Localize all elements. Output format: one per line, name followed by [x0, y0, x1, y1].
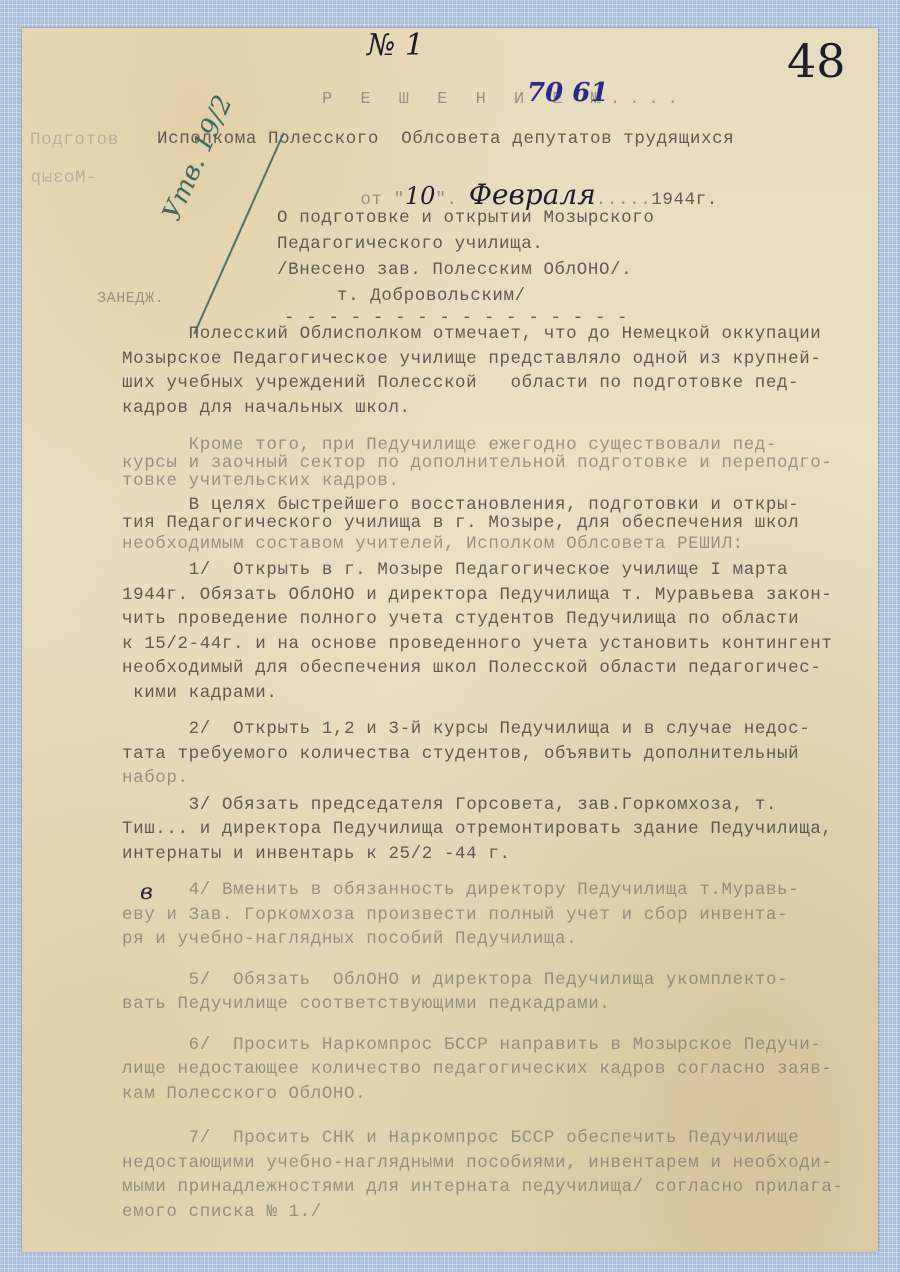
- decision-items: 1/ Открыть в г. Мозыре Педагогическое уч…: [122, 558, 882, 1224]
- item-first-line: 5/ Обязать ОблОНО и директора Педучилища…: [122, 968, 882, 993]
- text-line: необходимым составом учителей, Исполком …: [122, 532, 862, 556]
- item-number: 2/: [189, 719, 211, 739]
- item-text: Просить Наркомпрос БССР направить в Мозы…: [233, 1035, 821, 1055]
- paragraph: Кроме того, при Педучилище ежегодно суще…: [122, 436, 862, 490]
- item-number: 7/: [189, 1128, 211, 1148]
- decision-item-6: 6/ Просить Наркомпрос БССР направить в М…: [122, 1033, 882, 1107]
- text-line: необходимый для обеспечения школ Полесск…: [122, 656, 882, 681]
- text-line: к 15/2-44г. и на основе проведенного уче…: [122, 632, 882, 657]
- margin-ink-mark: в: [140, 880, 153, 905]
- text-line: Кроме того, при Педучилище ежегодно суще…: [122, 436, 862, 454]
- marginalia-left-second: -Мозыр: [30, 168, 97, 188]
- text-line: курсы и заочный сектор по дополнительной…: [122, 454, 862, 472]
- decision-item-3: 3/ Обязать председателя Горсовета, зав.Г…: [122, 793, 882, 867]
- page-number: 48: [787, 34, 846, 88]
- item-number: 1/: [189, 560, 211, 580]
- text-line: Тиш... и директора Педучилища отремонтир…: [122, 817, 882, 842]
- marginalia-left-word: ЗАНЕДЖ.: [97, 290, 164, 307]
- subject-line-2: Педагогического училища.: [277, 234, 543, 254]
- text-line: ших учебных учреждений Полесской области…: [122, 371, 862, 396]
- item-number: 6/: [189, 1035, 211, 1055]
- text-line: В целях быстрейшего восстановления, подг…: [122, 496, 862, 514]
- text-line: емого списка № 1./: [122, 1200, 882, 1225]
- header-line-1: Исполкома Полесского Облсовета депутатов…: [157, 129, 734, 149]
- item-text: Обязать председателя Горсовета, зав.Горк…: [222, 795, 777, 815]
- text-line: чить проведение полного учета студентов …: [122, 607, 882, 632]
- document-page: 48 № 1 Р Е Ш Е Н И Е №.... 70 61 Подгото…: [22, 28, 878, 1252]
- item-text: Просить СНК и Наркомпрос БССР обеспечить…: [233, 1128, 799, 1148]
- decision-item-5: 5/ Обязать ОблОНО и директора Педучилища…: [122, 968, 882, 1017]
- date-day: 10: [405, 182, 436, 210]
- item-first-line: 7/ Просить СНК и Наркомпрос БССР обеспеч…: [122, 1126, 882, 1151]
- text-line: еву и Зав. Горкомхоза произвести полный …: [122, 903, 882, 928]
- text-line: кам Полесского ОблОНО.: [122, 1082, 882, 1107]
- decision-item-2: 2/ Открыть 1,2 и 3-й курсы Педучилища и …: [122, 717, 882, 791]
- subject-line-1: О подготовке и открытии Мозырского: [277, 208, 654, 228]
- subject-line-4: т. Добровольским/: [337, 286, 526, 306]
- text-line: набор.: [122, 766, 882, 791]
- handwritten-number: № 1: [367, 28, 424, 63]
- text-line: Полесский Облисполком отмечает, что до Н…: [122, 322, 862, 347]
- item-first-line: 3/ Обязать председателя Горсовета, зав.Г…: [122, 793, 882, 818]
- text-line: вать Педучилище соответствующими педкадр…: [122, 992, 882, 1017]
- item-first-line: 1/ Открыть в г. Мозыре Педагогическое уч…: [122, 558, 882, 583]
- text-line: тата требуемого количества студентов, об…: [122, 742, 882, 767]
- paragraph: В целях быстрейшего восстановления, подг…: [122, 496, 862, 556]
- item-first-line: 2/ Открыть 1,2 и 3-й курсы Педучилища и …: [122, 717, 882, 742]
- decision-item-1: 1/ Открыть в г. Мозыре Педагогическое уч…: [122, 558, 882, 705]
- text-line: тия Педагогического училища в г. Мозыре,…: [122, 514, 862, 532]
- text-line: лище недостающее количество педагогическ…: [122, 1057, 882, 1082]
- item-text: Открыть 1,2 и 3-й курсы Педучилища и в с…: [233, 719, 810, 739]
- marginalia-left-top: Подготов: [30, 130, 119, 150]
- item-number: 5/: [189, 970, 211, 990]
- item-text: Обязать ОблОНО и директора Педучилища ук…: [233, 970, 788, 990]
- item-text: Вменить в обязанность директору Педучили…: [222, 880, 799, 900]
- date-month: Февраля: [469, 178, 596, 211]
- text-line: кими кадрами.: [122, 681, 882, 706]
- text-line: 1944г. Обязать ОблОНО и директора Педучи…: [122, 583, 882, 608]
- decision-item-4: 4/ Вменить в обязанность директору Педуч…: [122, 878, 882, 952]
- diagonal-approval-note: Утв. 19/2: [157, 91, 239, 225]
- document-body: Полесский Облисполком отмечает, что до Н…: [122, 320, 862, 556]
- document-title: Р Е Ш Е Н И Е №....: [322, 90, 687, 109]
- subject-line-3: /Внесено зав. Полесским ОблОНО/.: [277, 260, 632, 280]
- date-dots: .....: [596, 190, 652, 210]
- decision-number: 70 61: [527, 78, 608, 108]
- text-line: Мозырское Педагогическое училище предста…: [122, 347, 862, 372]
- date-sep: ".: [435, 190, 468, 210]
- text-line: ря и учебно-наглядных пособий Педучилища…: [122, 927, 882, 952]
- paragraph: Полесский Облисполком отмечает, что до Н…: [122, 322, 862, 420]
- item-first-line: 4/ Вменить в обязанность директору Педуч…: [122, 878, 882, 903]
- text-line: товке учительских кадров.: [122, 472, 862, 490]
- item-number: 4/: [189, 880, 211, 900]
- item-number: 3/: [189, 795, 211, 815]
- text-line: мыми принадлежностями для интерната педу…: [122, 1175, 882, 1200]
- text-line: недостающими учебно-наглядными пособиями…: [122, 1151, 882, 1176]
- decision-item-7: 7/ Просить СНК и Наркомпрос БССР обеспеч…: [122, 1126, 882, 1224]
- text-line: интернаты и инвентарь к 25/2 -44 г.: [122, 842, 882, 867]
- date-year: 1944г.: [651, 190, 718, 210]
- item-first-line: 6/ Просить Наркомпрос БССР направить в М…: [122, 1033, 882, 1058]
- date-prefix: от ": [360, 190, 404, 210]
- text-line: кадров для начальных школ.: [122, 396, 862, 421]
- item-text: Открыть в г. Мозыре Педагогическое учили…: [233, 560, 788, 580]
